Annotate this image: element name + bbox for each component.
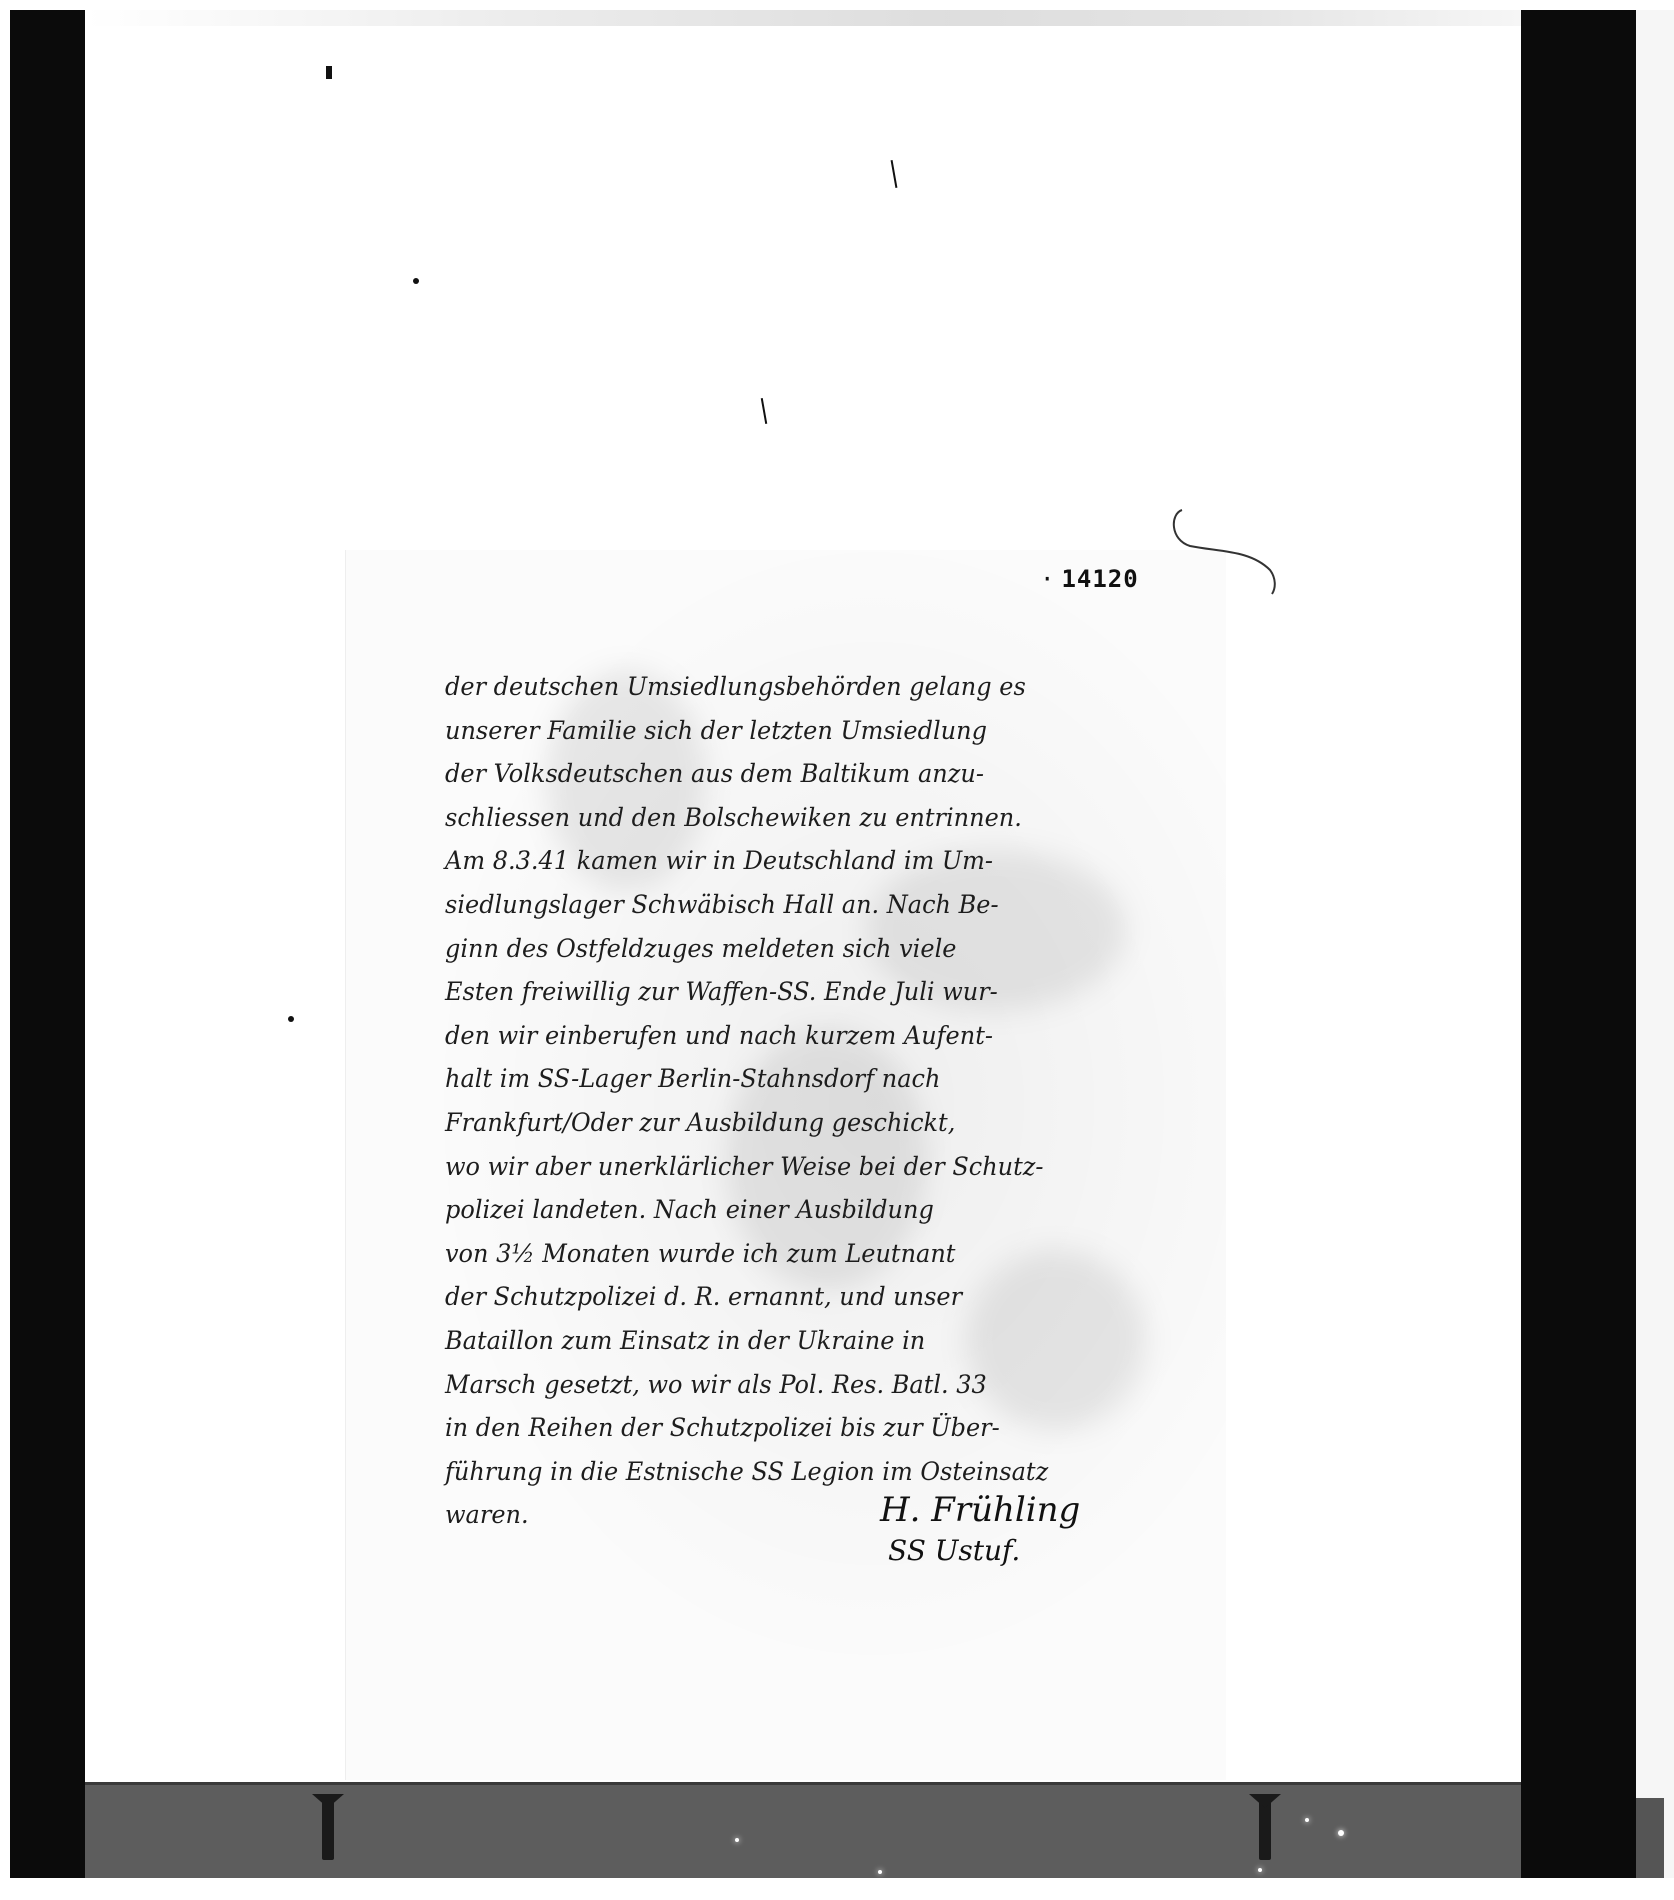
letter-line: polizei landeten. Nach einer Ausbildung — [445, 1188, 1175, 1232]
top-margin — [0, 0, 1674, 10]
signature-name: H. Frühling — [880, 1490, 1080, 1530]
handwritten-letter-body: der deutschen Umsiedlungsbehörden gelang… — [445, 665, 1205, 1537]
dust-speck — [1258, 1868, 1262, 1872]
film-border-right — [1521, 10, 1636, 1878]
film-clip-left-icon — [322, 1800, 334, 1860]
ink-dot — [288, 1016, 294, 1022]
letter-line: der Volksdeutschen aus dem Baltikum anzu… — [445, 752, 1175, 796]
right-edge-strip-bottom — [1636, 1798, 1664, 1878]
letter-line: ginn des Ostfeldzuges meldeten sich viel… — [445, 927, 1175, 971]
letter-line: Bataillon zum Einsatz in der Ukraine in — [445, 1319, 1175, 1363]
dust-speck — [1305, 1818, 1309, 1822]
stamp-dot: · — [1040, 565, 1055, 593]
dust-speck — [878, 1870, 882, 1874]
film-clip-right-icon — [1259, 1800, 1271, 1860]
letter-line: Frankfurt/Oder zur Ausbildung geschickt, — [445, 1101, 1175, 1145]
letter-line: siedlungslager Schwäbisch Hall an. Nach … — [445, 883, 1175, 927]
letter-line: führung in die Estnische SS Legion im Os… — [445, 1450, 1175, 1494]
scan-noise-top — [85, 10, 1521, 26]
document-stamp-number: ·14120 — [1040, 565, 1139, 593]
letter-line: von 3½ Monaten wurde ich zum Leutnant — [445, 1232, 1175, 1276]
letter-line: in den Reihen der Schutzpolizei bis zur … — [445, 1406, 1175, 1450]
signature-rank: SS Ustuf. — [888, 1534, 1080, 1567]
dust-speck — [1338, 1830, 1344, 1836]
signature-block: H. Frühling SS Ustuf. — [880, 1490, 1080, 1567]
letter-line: der deutschen Umsiedlungsbehörden gelang… — [445, 665, 1175, 709]
film-bottom-bar — [85, 1782, 1521, 1881]
letter-line: halt im SS-Lager Berlin-Stahnsdorf nach — [445, 1057, 1175, 1101]
film-border-left — [10, 10, 85, 1878]
dust-speck — [735, 1838, 739, 1842]
ink-dot — [413, 278, 419, 284]
bottom-margin — [0, 1878, 1674, 1900]
letter-line: der Schutzpolizei d. R. ernannt, und uns… — [445, 1275, 1175, 1319]
pen-squiggle — [1170, 500, 1280, 600]
letter-line: Esten freiwillig zur Waffen-SS. Ende Jul… — [445, 970, 1175, 1014]
letter-line: schliessen und den Bolschewiken zu entri… — [445, 796, 1175, 840]
margin-mark — [326, 66, 332, 79]
letter-line: Am 8.3.41 kamen wir in Deutschland im Um… — [445, 839, 1175, 883]
letter-line: Marsch gesetzt, wo wir als Pol. Res. Bat… — [445, 1363, 1175, 1407]
stamp-number-text: 14120 — [1061, 565, 1138, 593]
right-edge-strip — [1636, 10, 1674, 1878]
letter-line: unserer Familie sich der letzten Umsiedl… — [445, 709, 1175, 753]
letter-line: den wir einberufen und nach kurzem Aufen… — [445, 1014, 1175, 1058]
letter-line: wo wir aber unerklärlicher Weise bei der… — [445, 1145, 1175, 1189]
